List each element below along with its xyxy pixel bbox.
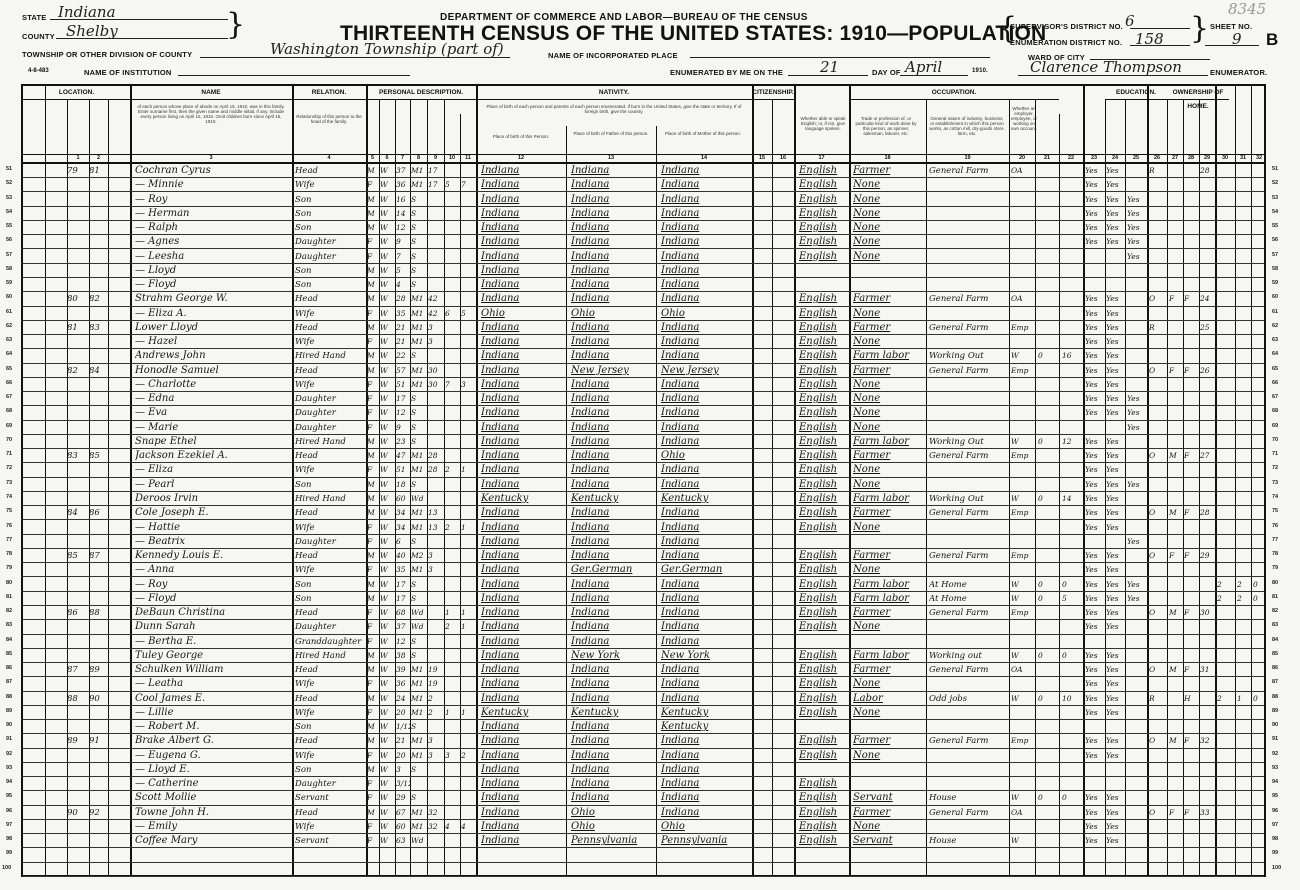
- cell-write: Yes: [1106, 749, 1125, 763]
- cell-owned: O: [1149, 549, 1167, 563]
- cell-read: Yes: [1085, 649, 1105, 663]
- col-num: 22: [1059, 155, 1083, 161]
- cell-out-of-work: 0: [1038, 791, 1059, 805]
- cell-language: English: [799, 250, 849, 264]
- cell-children-born: [445, 235, 460, 249]
- cell-code2: [1237, 164, 1251, 178]
- cell-children-born: [445, 848, 460, 862]
- cell-code1: 2: [1217, 692, 1235, 706]
- cell-free: [1169, 435, 1183, 449]
- cell-code1: [1217, 863, 1235, 877]
- cell-industry: General Farm: [929, 449, 1009, 463]
- cell-birth: Indiana: [481, 834, 566, 848]
- col-num: 14: [656, 155, 752, 161]
- cell-family: [89, 706, 108, 720]
- cell-write: Yes: [1106, 164, 1125, 178]
- cell-name: — Eva: [135, 406, 291, 420]
- cell-father-birth: Indiana: [571, 663, 656, 677]
- cell-marital: S: [411, 193, 427, 207]
- line-number-right: 65: [1272, 366, 1278, 372]
- cell-mother-birth: Indiana: [661, 635, 751, 649]
- cell-name: — Lloyd: [135, 264, 291, 278]
- cell-race: W: [380, 763, 395, 777]
- cell-race: W: [380, 164, 395, 178]
- cell-free: [1169, 649, 1183, 663]
- cell-read: [1085, 720, 1105, 734]
- cell-trade: None: [853, 706, 926, 720]
- cell-birth: Indiana: [481, 549, 566, 563]
- cell-code3: [1253, 820, 1267, 834]
- name-description: of each person whose place of abode on A…: [135, 104, 287, 152]
- cell-mother-birth: Indiana: [661, 406, 751, 420]
- cell-weeks-out: [1062, 235, 1083, 249]
- cell-weeks-out: [1062, 250, 1083, 264]
- cell-family: 85: [89, 449, 108, 463]
- cell-schedule: [1200, 578, 1215, 592]
- line-number-right: 61: [1272, 309, 1278, 315]
- cell-relation: Wife: [295, 521, 365, 535]
- cell-father-birth: Indiana: [571, 521, 656, 535]
- cell-schedule: 29: [1200, 549, 1215, 563]
- cell-code3: [1253, 492, 1267, 506]
- table-row: Snape EthelHired HandMW23SIndianaIndiana…: [23, 435, 1264, 449]
- cell-employer: OA: [1011, 806, 1035, 820]
- cell-mother-birth: New York: [661, 649, 751, 663]
- cell-code3: [1253, 164, 1267, 178]
- cell-farm: [1184, 820, 1199, 834]
- cell-sex: M: [367, 364, 379, 378]
- cell-sex: F: [367, 706, 379, 720]
- line-number-right: 90: [1272, 722, 1278, 728]
- cell-code3: [1253, 378, 1267, 392]
- cell-code3: [1253, 791, 1267, 805]
- cell-race: W: [380, 535, 395, 549]
- cell-employer: OA: [1011, 292, 1035, 306]
- cell-father-birth: Indiana: [571, 278, 656, 292]
- cell-sex: M: [367, 649, 379, 663]
- cell-code3: [1253, 449, 1267, 463]
- cell-mother-birth: Indiana: [661, 734, 751, 748]
- table-row: 8688DeBaun ChristinaHeadFW68Wd11IndianaI…: [23, 606, 1264, 620]
- cell-weeks-out: [1062, 506, 1083, 520]
- cell-weeks-out: 10: [1062, 692, 1083, 706]
- cell-read: [1085, 421, 1105, 435]
- cell-children-born: 2: [445, 463, 460, 477]
- cell-age: 60: [396, 820, 411, 834]
- cell-read: Yes: [1085, 335, 1105, 349]
- cell-race: W: [380, 421, 395, 435]
- cell-age: 28: [396, 292, 411, 306]
- cell-years-married: [428, 193, 444, 207]
- cell-trade: [853, 635, 926, 649]
- cell-mother-birth: Indiana: [661, 278, 751, 292]
- cell-marital: M1: [411, 677, 427, 691]
- cell-farm: [1184, 521, 1199, 535]
- cell-farm: [1184, 378, 1199, 392]
- cell-birth: Indiana: [481, 250, 566, 264]
- cell-code3: [1253, 848, 1267, 862]
- cell-farm: [1184, 392, 1199, 406]
- cell-birth: Indiana: [481, 506, 566, 520]
- cell-race: W: [380, 706, 395, 720]
- cell-dwelling: [67, 178, 89, 192]
- cell-school: [1127, 706, 1147, 720]
- cell-weeks-out: 0: [1062, 578, 1083, 592]
- cell-weeks-out: [1062, 478, 1083, 492]
- cell-sex: F: [367, 677, 379, 691]
- cell-dwelling: [67, 749, 89, 763]
- cell-relation: Daughter: [295, 406, 365, 420]
- cell-sex: M: [367, 478, 379, 492]
- cell-years-married: [428, 492, 444, 506]
- enumerated-day: 21: [820, 58, 839, 76]
- cell-years-married: [428, 250, 444, 264]
- cell-birth: Indiana: [481, 435, 566, 449]
- cell-children-born: [445, 763, 460, 777]
- cell-race: W: [380, 321, 395, 335]
- cell-dwelling: [67, 264, 89, 278]
- cell-dwelling: [67, 563, 89, 577]
- cell-relation: Son: [295, 720, 365, 734]
- cell-industry: [929, 848, 1009, 862]
- cell-code2: [1237, 749, 1251, 763]
- cell-schedule: [1200, 463, 1215, 477]
- line-number-right: 84: [1272, 637, 1278, 643]
- cell-code2: [1237, 321, 1251, 335]
- cell-employer: [1011, 235, 1035, 249]
- cell-schedule: [1200, 521, 1215, 535]
- cell-sex: F: [367, 406, 379, 420]
- cell-family: [89, 278, 108, 292]
- cell-code1: [1217, 307, 1235, 321]
- cell-children-living: [461, 863, 476, 877]
- cell-age: 22: [396, 349, 411, 363]
- cell-trade: [853, 777, 926, 791]
- cell-father-birth: Indiana: [571, 535, 656, 549]
- enumerated-month: April: [905, 58, 942, 76]
- cell-name: — Bertha E.: [135, 635, 291, 649]
- cell-school: [1127, 734, 1147, 748]
- census-sheet: 4-8-483 STATE Indiana COUNTY Shelby } TO…: [0, 0, 1300, 890]
- cell-out-of-work: [1038, 563, 1059, 577]
- cell-sex: M: [367, 806, 379, 820]
- cell-race: W: [380, 349, 395, 363]
- cell-relation: Wife: [295, 706, 365, 720]
- table-row: — RalphSonMW12SIndianaIndianaIndianaEngl…: [23, 221, 1264, 235]
- line-number-right: 66: [1272, 380, 1278, 386]
- cell-age: [396, 863, 411, 877]
- cell-industry: [929, 863, 1009, 877]
- cell-code3: [1253, 278, 1267, 292]
- cell-trade: Farmer: [853, 506, 926, 520]
- cell-farm: H: [1184, 692, 1199, 706]
- cell-code1: [1217, 421, 1235, 435]
- cell-out-of-work: [1038, 378, 1059, 392]
- table-row: 8385Jackson Ezekiel A.HeadMW47M128Indian…: [23, 449, 1264, 463]
- cell-trade: Farm labor: [853, 435, 926, 449]
- cell-weeks-out: [1062, 620, 1083, 634]
- cell-trade: Farm labor: [853, 649, 926, 663]
- cell-children-living: [461, 207, 476, 221]
- cell-years-married: [428, 406, 444, 420]
- cell-school: [1127, 549, 1147, 563]
- cell-farm: [1184, 435, 1199, 449]
- cell-read: Yes: [1085, 164, 1105, 178]
- cell-children-living: [461, 292, 476, 306]
- cell-race: W: [380, 806, 395, 820]
- cell-trade: None: [853, 406, 926, 420]
- cell-years-married: 3: [428, 749, 444, 763]
- cell-age: 20: [396, 749, 411, 763]
- cell-sex: M: [367, 734, 379, 748]
- cell-school: [1127, 164, 1147, 178]
- table-row: — FloydSonMW17SIndianaIndianaIndianaEngl…: [23, 592, 1264, 606]
- cell-employer: [1011, 178, 1035, 192]
- cell-industry: [929, 720, 1009, 734]
- cell-birth: Indiana: [481, 521, 566, 535]
- cell-out-of-work: [1038, 278, 1059, 292]
- cell-mother-birth: Kentucky: [661, 492, 751, 506]
- cell-employer: [1011, 620, 1035, 634]
- cell-relation: Son: [295, 592, 365, 606]
- cell-write: Yes: [1106, 820, 1125, 834]
- cell-owned: [1149, 677, 1167, 691]
- cell-owned: [1149, 720, 1167, 734]
- cell-children-born: [445, 193, 460, 207]
- cell-code3: [1253, 763, 1267, 777]
- cell-age: 36: [396, 677, 411, 691]
- cell-schedule: [1200, 178, 1215, 192]
- cell-children-born: 2: [445, 521, 460, 535]
- cell-marital: M1: [411, 663, 427, 677]
- cell-mother-birth: Indiana: [661, 749, 751, 763]
- cell-farm: F: [1184, 806, 1199, 820]
- cell-farm: [1184, 563, 1199, 577]
- cell-age: 21: [396, 335, 411, 349]
- cell-years-married: 32: [428, 806, 444, 820]
- cell-dwelling: [67, 421, 89, 435]
- cell-industry: [929, 278, 1009, 292]
- cell-language: English: [799, 221, 849, 235]
- cell-language: English: [799, 806, 849, 820]
- cell-language: English: [799, 392, 849, 406]
- cell-language: English: [799, 734, 849, 748]
- cell-father-birth: Ohio: [571, 806, 656, 820]
- cell-language: English: [799, 663, 849, 677]
- cell-trade: Farmer: [853, 734, 926, 748]
- cell-name: — Agnes: [135, 235, 291, 249]
- line-number-right: 71: [1272, 451, 1278, 457]
- cell-father-birth: Indiana: [571, 421, 656, 435]
- cell-children-living: [461, 478, 476, 492]
- cell-trade: [853, 720, 926, 734]
- cell-relation: Wife: [295, 749, 365, 763]
- cell-out-of-work: [1038, 178, 1059, 192]
- cell-name: — Leatha: [135, 677, 291, 691]
- cell-marital: M1: [411, 706, 427, 720]
- cell-marital: M1: [411, 335, 427, 349]
- cell-owned: O: [1149, 734, 1167, 748]
- cell-owned: [1149, 207, 1167, 221]
- cell-industry: General Farm: [929, 663, 1009, 677]
- cell-birth: Indiana: [481, 349, 566, 363]
- cell-father-birth: Indiana: [571, 734, 656, 748]
- cell-school: [1127, 663, 1147, 677]
- cell-read: Yes: [1085, 235, 1105, 249]
- cell-race: W: [380, 677, 395, 691]
- cell-free: [1169, 692, 1183, 706]
- cell-employer: [1011, 848, 1035, 862]
- cell-schedule: [1200, 620, 1215, 634]
- line-number-right: 96: [1272, 808, 1278, 814]
- cell-name: Cole Joseph E.: [135, 506, 291, 520]
- cell-industry: [929, 307, 1009, 321]
- supervisor-line: [1130, 28, 1190, 29]
- cell-age: 38: [396, 649, 411, 663]
- cell-trade: None: [853, 221, 926, 235]
- cell-age: 21: [396, 321, 411, 335]
- cell-industry: [929, 763, 1009, 777]
- cell-free: [1169, 235, 1183, 249]
- cell-industry: [929, 250, 1009, 264]
- line-number: 67: [6, 394, 12, 400]
- cell-write: Yes: [1106, 321, 1125, 335]
- cell-free: F: [1169, 806, 1183, 820]
- cell-write: Yes: [1106, 292, 1125, 306]
- cell-schedule: [1200, 492, 1215, 506]
- cell-read: [1085, 278, 1105, 292]
- cell-trade: Farmer: [853, 321, 926, 335]
- cell-race: W: [380, 378, 395, 392]
- cell-birth: Indiana: [481, 178, 566, 192]
- cell-schedule: [1200, 278, 1215, 292]
- cell-weeks-out: [1062, 749, 1083, 763]
- cell-code1: [1217, 378, 1235, 392]
- col-num: 20: [1009, 155, 1035, 161]
- cell-family: 86: [89, 506, 108, 520]
- cell-sex: M: [367, 549, 379, 563]
- cell-schedule: [1200, 207, 1215, 221]
- cell-years-married: 3: [428, 321, 444, 335]
- col-num: 30: [1215, 155, 1235, 161]
- col-num: 25: [1125, 155, 1147, 161]
- cell-language: English: [799, 164, 849, 178]
- cell-free: [1169, 863, 1183, 877]
- cell-code1: [1217, 235, 1235, 249]
- line-number: 61: [6, 309, 12, 315]
- cell-code2: [1237, 178, 1251, 192]
- cell-code3: [1253, 335, 1267, 349]
- cell-dwelling: [67, 763, 89, 777]
- cell-out-of-work: [1038, 734, 1059, 748]
- cell-family: [89, 349, 108, 363]
- cell-write: Yes: [1106, 578, 1125, 592]
- cell-race: W: [380, 578, 395, 592]
- cell-schedule: 26: [1200, 364, 1215, 378]
- cell-children-living: [461, 164, 476, 178]
- cell-school: [1127, 620, 1147, 634]
- cell-school: Yes: [1127, 221, 1147, 235]
- cell-school: [1127, 834, 1147, 848]
- cell-code3: [1253, 549, 1267, 563]
- cell-employer: [1011, 863, 1035, 877]
- cell-family: [89, 620, 108, 634]
- cell-code1: [1217, 406, 1235, 420]
- supervisor-label: SUPERVISOR'S DISTRICT NO.: [1010, 22, 1123, 31]
- cell-years-married: [428, 278, 444, 292]
- line-number-right: 88: [1272, 694, 1278, 700]
- cell-industry: Working out: [929, 649, 1009, 663]
- cell-children-living: [461, 734, 476, 748]
- cell-race: W: [380, 506, 395, 520]
- cell-code1: [1217, 463, 1235, 477]
- cell-read: [1085, 264, 1105, 278]
- cell-code2: [1237, 463, 1251, 477]
- cell-owned: O: [1149, 364, 1167, 378]
- cell-code1: [1217, 649, 1235, 663]
- line-number-right: 77: [1272, 537, 1278, 543]
- cell-school: [1127, 777, 1147, 791]
- cell-farm: [1184, 863, 1199, 877]
- line-number: 96: [6, 808, 12, 814]
- cell-weeks-out: [1062, 378, 1083, 392]
- table-row: 9092Towne John H.HeadMW67M132IndianaOhio…: [23, 806, 1264, 820]
- cell-language: English: [799, 791, 849, 805]
- cell-birth: Indiana: [481, 392, 566, 406]
- cell-language: English: [799, 606, 849, 620]
- cell-mother-birth: Indiana: [661, 321, 751, 335]
- cell-out-of-work: [1038, 364, 1059, 378]
- col-num: 23: [1083, 155, 1105, 161]
- cell-dwelling: [67, 392, 89, 406]
- cell-owned: [1149, 763, 1167, 777]
- cell-code1: [1217, 706, 1235, 720]
- cell-industry: [929, 264, 1009, 278]
- cell-name: — Charlotte: [135, 378, 291, 392]
- line-number-right: 52: [1272, 180, 1278, 186]
- line-number-right: 79: [1272, 565, 1278, 571]
- cell-schedule: [1200, 250, 1215, 264]
- cell-mother-birth: Indiana: [661, 506, 751, 520]
- cell-write: Yes: [1106, 563, 1125, 577]
- cell-write: [1106, 535, 1125, 549]
- cell-language: English: [799, 321, 849, 335]
- cell-age: 7: [396, 250, 411, 264]
- cell-read: Yes: [1085, 478, 1105, 492]
- table-row: — ElizaWifeFW51M12821IndianaIndianaIndia…: [23, 463, 1264, 477]
- cell-code1: [1217, 193, 1235, 207]
- cell-trade: None: [853, 421, 926, 435]
- cell-children-living: [461, 848, 476, 862]
- cell-employer: [1011, 478, 1035, 492]
- cell-code1: [1217, 335, 1235, 349]
- line-number-right: 92: [1272, 751, 1278, 757]
- cell-weeks-out: [1062, 706, 1083, 720]
- cell-family: 90: [89, 692, 108, 706]
- cell-name: DeBaun Christina: [135, 606, 291, 620]
- cell-name: Cool James E.: [135, 692, 291, 706]
- cell-father-birth: Indiana: [571, 578, 656, 592]
- cell-mother-birth: Indiana: [661, 535, 751, 549]
- cell-code2: [1237, 392, 1251, 406]
- line-number-right: 78: [1272, 551, 1278, 557]
- cell-children-born: [445, 592, 460, 606]
- cell-mother-birth: Indiana: [661, 578, 751, 592]
- cell-dwelling: 84: [67, 506, 89, 520]
- cell-code3: [1253, 364, 1267, 378]
- township-line: [200, 57, 510, 58]
- cell-dwelling: [67, 677, 89, 691]
